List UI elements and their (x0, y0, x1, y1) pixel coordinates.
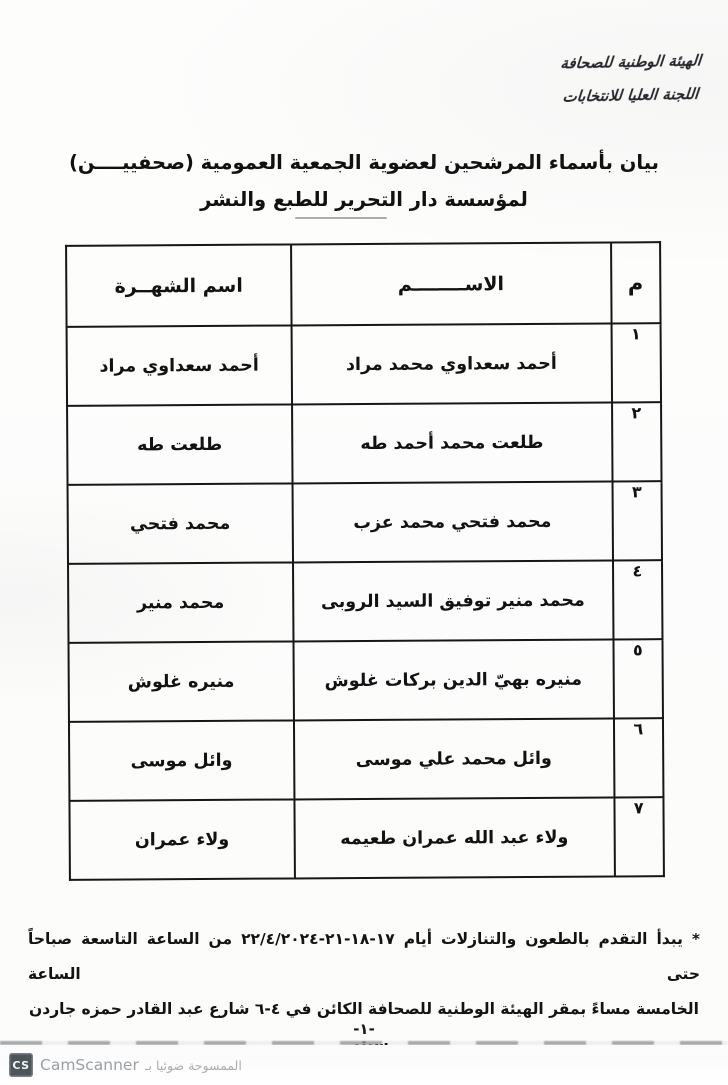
table-row: ٧ ولاء عبد الله عمران طعيمه ولاء عمران (69, 797, 663, 880)
row-name: محمد فتحي محمد عزب (292, 481, 612, 562)
document-title: بيان بأسماء المرشحين لعضوية الجمعية العم… (0, 144, 728, 218)
row-number: ٦ (613, 718, 663, 797)
row-alias: وائل موسى (69, 720, 294, 800)
camscanner-footer: CS CamScanner الممسوحة ضوئيا بـ (0, 1045, 728, 1085)
table-header-row: م الاســــــــم اسم الشهــرة (66, 242, 660, 327)
row-name: أحمد سعداوي محمد مراد (291, 323, 611, 404)
row-alias: محمد منير (68, 562, 293, 642)
row-alias: محمد فتحي (68, 483, 293, 563)
handwritten-stamp: الهيئة الوطنية للصحافة اللجنة العليا للا… (557, 44, 703, 113)
row-number: ٥ (613, 639, 663, 718)
table-row: ٣ محمد فتحي محمد عزب محمد فتحي (68, 481, 662, 564)
camscanner-logo-icon: CS (9, 1053, 33, 1077)
scanned-by-note: الممسوحة ضوئيا بـ (145, 1058, 242, 1073)
table-row: ٤ محمد منير توفيق السيد الروبى محمد منير (68, 560, 662, 643)
row-alias: أحمد سعداوي مراد (67, 325, 292, 405)
row-number: ٢ (612, 402, 662, 481)
row-name: وائل محمد علي موسى (294, 718, 614, 799)
scanned-document-page: الهيئة الوطنية للصحافة اللجنة العليا للا… (0, 0, 728, 1085)
row-number: ٤ (613, 560, 663, 639)
row-name: طلعت محمد أحمد طه (292, 402, 612, 483)
row-number: ٣ (612, 481, 662, 560)
page-number: -١- (0, 1020, 728, 1038)
header-number: م (611, 242, 661, 323)
table-row: ٢ طلعت محمد أحمد طه طلعت طه (67, 402, 661, 485)
row-alias: منيره غلوش (68, 641, 293, 721)
table-row: ١ أحمد سعداوي محمد مراد أحمد سعداوي مراد (67, 323, 661, 406)
camscanner-brand: CamScanner (40, 1056, 139, 1074)
candidates-table: م الاســــــــم اسم الشهــرة ١ أحمد سعدا… (65, 241, 665, 881)
stamp-line-2: اللجنة العليا للانتخابات (557, 78, 700, 114)
header-name: الاســــــــم (291, 242, 611, 325)
row-number: ١ (611, 323, 661, 402)
row-name: محمد منير توفيق السيد الروبى (293, 560, 613, 641)
row-alias: طلعت طه (67, 404, 292, 484)
title-line-2: لمؤسسة دار التحرير للطبع والنشر (0, 181, 728, 218)
stamp-line-1: الهيئة الوطنية للصحافة (559, 44, 702, 80)
table-row: ٥ منيره بهيّ الدين بركات غلوش منيره غلوش (68, 639, 662, 722)
footnote-line-1: * يبدأ التقدم بالطعون والتنازلات أيام ١٧… (28, 922, 700, 992)
row-name: منيره بهيّ الدين بركات غلوش (293, 639, 613, 720)
title-underline (295, 217, 387, 219)
row-number: ٧ (614, 797, 664, 876)
header-alias: اسم الشهــرة (66, 244, 291, 326)
table-row: ٦ وائل محمد علي موسى وائل موسى (69, 718, 663, 801)
row-name: ولاء عبد الله عمران طعيمه (294, 797, 614, 878)
row-alias: ولاء عمران (69, 799, 294, 879)
title-line-1: بيان بأسماء المرشحين لعضوية الجمعية العم… (0, 144, 728, 181)
